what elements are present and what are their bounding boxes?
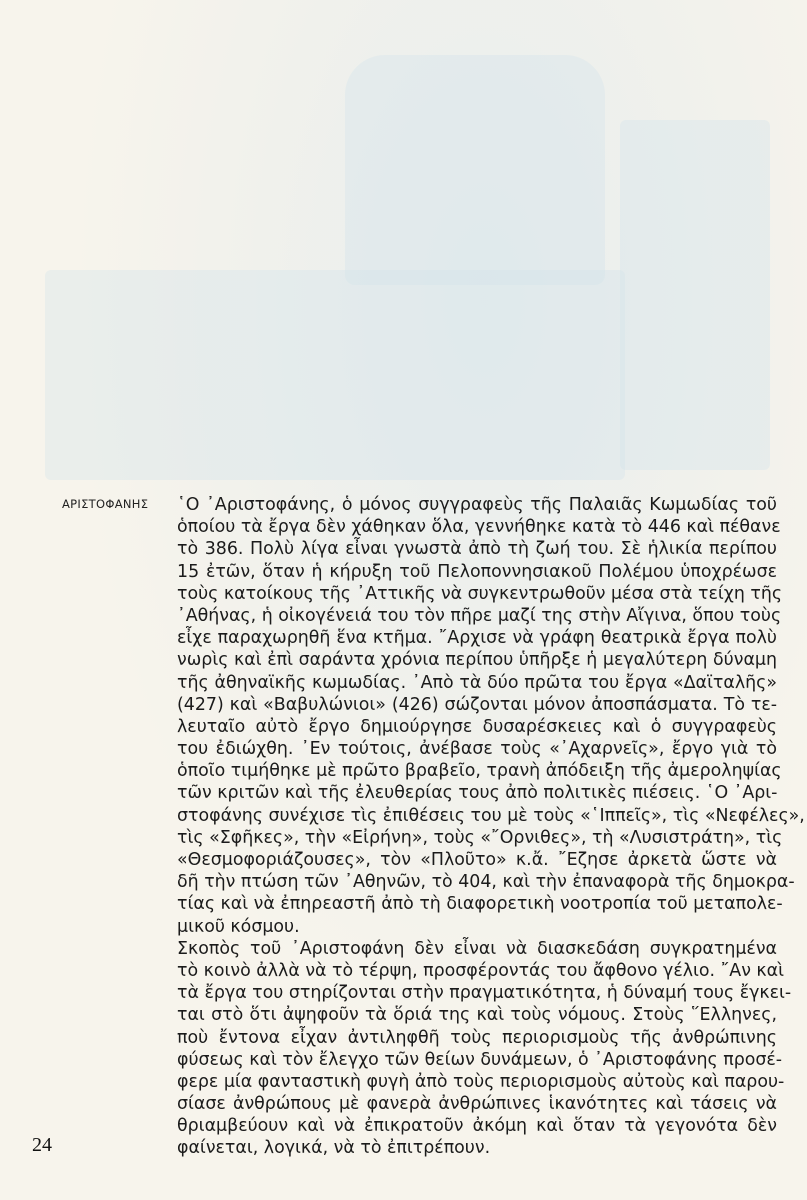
text-line: δῆ τὴν πτώση τῶν ᾿Αθηνῶν, τὸ 404, καὶ τὴ…	[177, 871, 777, 893]
text-line: ᾿Αθήνας, ἡ οἰκογένειά του τὸν πῆρε μαζί …	[177, 605, 777, 627]
text-line: τοὺς κατοίκους τῆς ᾿Αττικῆς νὰ συγκεντρω…	[177, 583, 777, 605]
text-line: ὁποῖο τιμήθηκε μὲ πρῶτο βραβεῖο, τρανὴ ἀ…	[177, 760, 777, 782]
text-line: θριαμβεύουν καὶ νὰ ἐπικρατοῦν ἀκόμη καὶ …	[177, 1115, 777, 1137]
text-line: φερε μία φανταστικὴ φυγὴ ἀπὸ τοὺς περιορ…	[177, 1071, 777, 1093]
text-line: τὰ ἔργα του στηρίζονται στὴν πραγματικότ…	[177, 982, 777, 1004]
margin-heading: ΑΡΙΣΤΟΦΑΝΗΣ	[62, 497, 148, 511]
text-line: τίας καὶ νὰ ἐπηρεαστῆ ἀπὸ τὴ διαφορετικὴ…	[177, 893, 777, 915]
text-line: του ἐδιώχθη. ᾿Εν τούτοις, ἀνέβασε τοὺς «…	[177, 738, 777, 760]
text-line: τὸ 386. Πολὺ λίγα εἶναι γνωστὰ ἀπὸ τὴ ζω…	[177, 538, 777, 560]
text-line: (427) καὶ «Βαβυλώνιοι» (426) σώζονται μό…	[177, 694, 777, 716]
show-through-image	[620, 120, 770, 470]
show-through-image	[45, 270, 625, 480]
text-line: «Θεσμοφοριάζουσες», τὸν «Πλοῦτο» κ.ἄ. ῎Ε…	[177, 849, 777, 871]
text-line: ται στὸ ὅτι ἀψηφοῦν τὰ ὅριά της καὶ τοὺς…	[177, 1004, 777, 1026]
text-line: εἶχε παραχωρηθῆ ἕνα κτῆμα. ῎Αρχισε νὰ γρ…	[177, 627, 777, 649]
text-line: 15 ἐτῶν, ὅταν ἡ κήρυξη τοῦ Πελοποννησιακ…	[177, 561, 777, 583]
paragraph-2: Σκοπὸς τοῦ ᾿Αριστοφάνη δὲν εἶναι νὰ διασ…	[177, 938, 777, 1160]
text-line: τὶς «Σφῆκες», τὴν «Εἰρήνη», τοὺς «῎Ορνιθ…	[177, 827, 777, 849]
text-line: νωρὶς καὶ ἐπὶ σαράντα χρόνια περίπου ὑπῆ…	[177, 649, 777, 671]
show-through-image	[345, 55, 605, 285]
text-line: τῆς ἀθηναϊκῆς κωμωδίας. ᾿Απὸ τὰ δύο πρῶτ…	[177, 672, 777, 694]
text-line: σίασε ἀνθρώπους μὲ φανερὰ ἀνθρώπινες ἱκα…	[177, 1093, 777, 1115]
text-line: ποὺ ἔντονα εἶχαν ἀντιληφθῆ τοὺς περιορισ…	[177, 1027, 777, 1049]
text-line: φαίνεται, λογικά, νὰ τὸ ἐπιτρέπουν.	[177, 1137, 777, 1159]
book-page: ΑΡΙΣΤΟΦΑΝΗΣ ῾Ο ᾿Αριστοφάνης, ὁ μόνος συγ…	[0, 0, 807, 1200]
text-line: φύσεως καὶ τὸν ἔλεγχο τῶν θείων δυνάμεων…	[177, 1049, 777, 1071]
text-line: στοφάνης συνέχισε τὶς ἐπιθέσεις του μὲ τ…	[177, 805, 777, 827]
body-text: ῾Ο ᾿Αριστοφάνης, ὁ μόνος συγγραφεὺς τῆς …	[177, 494, 777, 1160]
text-line: μικοῦ κόσμου.	[177, 916, 777, 938]
page-number: 24	[32, 1134, 52, 1157]
text-line: τὸ κοινὸ ἀλλὰ νὰ τὸ τέρψη, προσφέροντάς …	[177, 960, 777, 982]
text-line: ὁποίου τὰ ἔργα δὲν χάθηκαν ὅλα, γεννήθηκ…	[177, 516, 777, 538]
paragraph-1: ῾Ο ᾿Αριστοφάνης, ὁ μόνος συγγραφεὺς τῆς …	[177, 494, 777, 938]
text-line: ῾Ο ᾿Αριστοφάνης, ὁ μόνος συγγραφεὺς τῆς …	[177, 494, 777, 516]
text-line: τῶν κριτῶν καὶ τῆς ἐλευθερίας τους ἀπὸ π…	[177, 782, 777, 804]
text-line: λευταῖο αὐτὸ ἔργο δημιούργησε δυσαρέσκει…	[177, 716, 777, 738]
text-line: Σκοπὸς τοῦ ᾿Αριστοφάνη δὲν εἶναι νὰ διασ…	[177, 938, 777, 960]
